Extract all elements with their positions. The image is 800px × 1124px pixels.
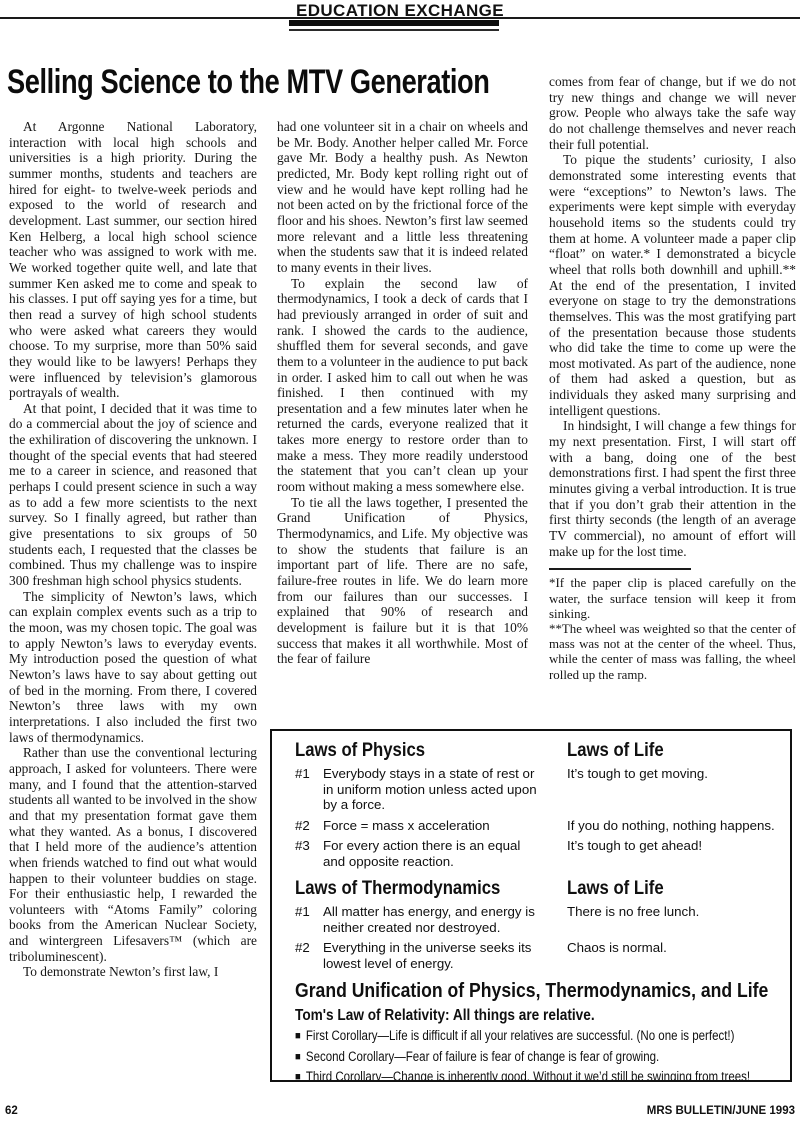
thermo-law-row: #1 All matter has energy, and energy is … bbox=[295, 904, 567, 935]
article-column-2: had one volunteer sit in a chair on whee… bbox=[277, 119, 528, 667]
article-title: Selling Science to the MTV Generation bbox=[7, 63, 610, 102]
law-text: Everything in the universe seeks its low… bbox=[323, 940, 537, 971]
laws-of-physics-heading: Laws of Physics bbox=[295, 740, 567, 761]
law-text: All matter has energy, and energy is nei… bbox=[323, 904, 537, 935]
header-rule-thin bbox=[289, 29, 499, 31]
law-number: #1 bbox=[295, 766, 323, 813]
grand-unification-heading: Grand Unification of Physics, Thermodyna… bbox=[295, 981, 778, 1002]
life-law-text: There is no free lunch. bbox=[567, 904, 778, 920]
paragraph: In hindsight, I will change a few things… bbox=[549, 418, 796, 559]
paragraph: The simplicity of Newton’s laws, which c… bbox=[9, 589, 257, 746]
footnote-rule bbox=[549, 568, 691, 570]
law-number: #1 bbox=[295, 904, 323, 935]
physics-law-row: #3 For every action there is an equal an… bbox=[295, 838, 567, 869]
life-law-text: If you do nothing, nothing happens. bbox=[567, 818, 778, 834]
bullet-square-icon: ■ bbox=[295, 1030, 301, 1042]
paragraph: To pique the students’ curiosity, I also… bbox=[549, 152, 796, 418]
page-number: 62 bbox=[5, 1105, 18, 1117]
laws-summary-box: Laws of Physics Laws of Life #1 Everybod… bbox=[270, 729, 792, 1082]
paragraph: Rather than use the conventional lecturi… bbox=[9, 745, 257, 964]
paragraph: At Argonne National Laboratory, interact… bbox=[9, 119, 257, 401]
laws-of-physics-section: Laws of Physics Laws of Life #1 Everybod… bbox=[295, 740, 778, 869]
life-law-text: It’s tough to get ahead! bbox=[567, 838, 778, 854]
corollary-text: First Corollary—Life is difficult if all… bbox=[306, 1028, 735, 1043]
corollary-text: Third Corollary—Change is inherently goo… bbox=[306, 1069, 750, 1082]
paragraph: To tie all the laws together, I presente… bbox=[277, 495, 528, 667]
footnote-1: *If the paper clip is placed carefully o… bbox=[549, 576, 796, 622]
law-text: For every action there is an equal and o… bbox=[323, 838, 537, 869]
journal-footer: MRS BULLETIN/JUNE 1993 bbox=[647, 1105, 795, 1117]
bullet-square-icon: ■ bbox=[295, 1071, 301, 1082]
article-title-text: Selling Science to the MTV Generation bbox=[7, 63, 489, 102]
paragraph: had one volunteer sit in a chair on whee… bbox=[277, 119, 528, 276]
bullet-square-icon: ■ bbox=[295, 1051, 301, 1063]
paragraph: To demonstrate Newton’s first law, I bbox=[9, 964, 257, 980]
header-rule-full bbox=[0, 17, 800, 19]
law-number: #2 bbox=[295, 940, 323, 971]
law-text: Everybody stays in a state of rest or in… bbox=[323, 766, 537, 813]
life-law-text: Chaos is normal. bbox=[567, 940, 778, 956]
corollary-text: Second Corollary—Fear of failure is fear… bbox=[306, 1049, 659, 1064]
physics-law-row: #2 Force = mass x acceleration bbox=[295, 818, 567, 834]
article-column-1: At Argonne National Laboratory, interact… bbox=[9, 119, 257, 980]
physics-law-row: #1 Everybody stays in a state of rest or… bbox=[295, 766, 567, 813]
article-column-3: comes from fear of change, but if we do … bbox=[549, 74, 796, 683]
laws-of-thermodynamics-section: Laws of Thermodynamics Laws of Life #1 A… bbox=[295, 878, 778, 971]
paragraph: At that point, I decided that it was tim… bbox=[9, 401, 257, 589]
header-rule-thick bbox=[289, 20, 499, 26]
law-number: #3 bbox=[295, 838, 323, 869]
paragraph: comes from fear of change, but if we do … bbox=[549, 74, 796, 152]
laws-of-life-heading: Laws of Life bbox=[567, 740, 778, 761]
footnote-2: **The wheel was weighted so that the cen… bbox=[549, 622, 796, 683]
laws-of-thermodynamics-heading: Laws of Thermodynamics bbox=[295, 878, 567, 899]
thermo-law-row: #2 Everything in the universe seeks its … bbox=[295, 940, 567, 971]
paragraph: To explain the second law of thermodynam… bbox=[277, 276, 528, 495]
corollary-item: ■First Corollary—Life is difficult if al… bbox=[295, 1029, 778, 1045]
corollary-item: ■Third Corollary—Change is inherently go… bbox=[295, 1070, 778, 1082]
law-number: #2 bbox=[295, 818, 323, 834]
corollary-item: ■Second Corollary—Fear of failure is fea… bbox=[295, 1050, 778, 1066]
magazine-page: EDUCATION EXCHANGE Selling Science to th… bbox=[0, 0, 800, 1124]
toms-law-subheading: Tom's Law of Relativity: All things are … bbox=[295, 1007, 778, 1024]
life-law-text: It’s tough to get moving. bbox=[567, 766, 778, 782]
laws-of-life-heading: Laws of Life bbox=[567, 878, 778, 899]
law-text: Force = mass x acceleration bbox=[323, 818, 537, 834]
